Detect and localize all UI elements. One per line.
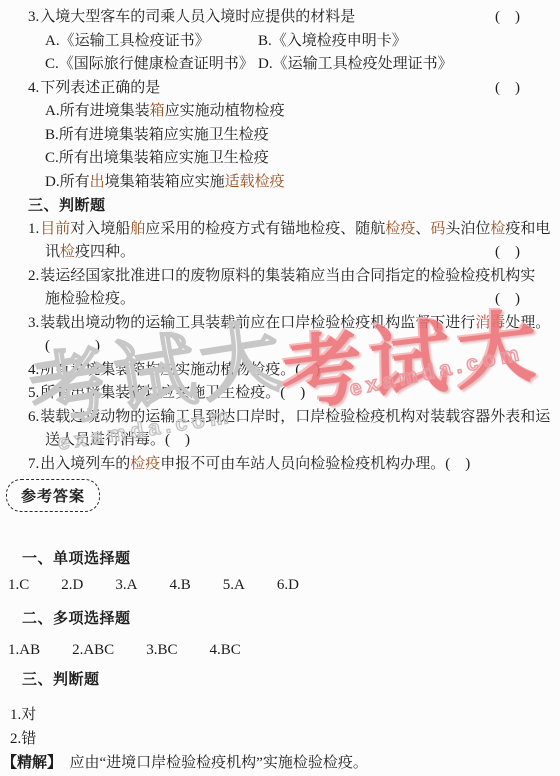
judgment-section-title: 三、判断题 <box>28 194 520 218</box>
answers-single-choice-row: 1.C 2.D 3.A 4.B 5.A 6.D <box>8 574 299 597</box>
option-c: C.所有出境集装箱应实施卫生检疫 <box>28 147 520 171</box>
answer-bracket: ( ) <box>45 338 100 354</box>
question-number: 3. <box>28 315 40 331</box>
question-text: 装运经国家批准进口的废物原料的集装箱应当由合同指定的检验检疫机构实 <box>40 268 535 284</box>
answer-item: 1.对 <box>10 704 36 728</box>
answer-item: 5.A <box>223 574 245 597</box>
answers-judgment-list: 1.对 2.错 <box>10 704 36 751</box>
option-label: B. <box>45 127 59 143</box>
answer-bracket: ( ) <box>445 456 470 472</box>
option-text: 所有进境集装箱应实施卫生检疫 <box>59 127 269 143</box>
option-label: C. <box>45 56 59 72</box>
option-label: A. <box>45 33 60 49</box>
answer-bracket: ( ) <box>495 6 520 30</box>
option-c: C.《国际旅行健康检查证明书》 <box>45 53 258 77</box>
mcq-question-3: 3.入境大型客车的司乘人员入境时应提供的材料是 ( ) <box>28 6 520 30</box>
answer-item: 3.A <box>115 574 137 597</box>
option-d: D.《运输工具检疫处理证书》 <box>258 53 520 77</box>
judgment-item-1: 1.目前对入境船舶应采用的检疫方式有锚地检疫、随航检疫、码头泊位检疫和电 <box>28 218 520 242</box>
reference-answers-label: 参考答案 <box>21 488 85 505</box>
answer-bracket: ( ) <box>165 432 190 448</box>
answer-item: 2.错 <box>10 728 36 752</box>
question-number: 5. <box>28 385 40 401</box>
answer-item: 6.D <box>277 574 299 597</box>
option-text: 《国际旅行健康检查证明书》 <box>59 56 254 72</box>
answers-judgment-title: 三、判断题 <box>22 668 100 691</box>
answer-item: 1.AB <box>8 639 40 662</box>
answer-bracket: ( ) <box>295 362 320 378</box>
option-text: 《入境检疫申明卡》 <box>272 33 407 49</box>
question-text: 所有出境集装箱均应实施卫生检疫。 <box>40 385 280 401</box>
judgment-item-4: 4.所有进境集装箱均应实施动植物检疫。( ) <box>28 359 520 383</box>
option-d: D.所有出境集箱装箱应实施适载检疫 <box>28 171 520 195</box>
answer-item: 4.B <box>169 574 190 597</box>
judgment-item-3-bracket: ( ) <box>28 335 520 359</box>
explanation-text: 应由“进境口岸检验检疫机构”实施检验检疫。 <box>70 755 368 771</box>
question-text: 装载过境动物的运输工具到达口岸时，口岸检验检疫机构对装载容器外表和运 <box>40 409 550 425</box>
reference-answers-box: 参考答案 <box>6 479 100 512</box>
judgment-item-7: 7.出入境列车的检疫申报不可由车站人员向检验检疫机构办理。( ) <box>28 453 520 477</box>
option-a: A.《运输工具检疫证书》 <box>45 30 258 54</box>
question-text: 下列表述正确的是 <box>40 80 160 96</box>
question-number: 3. <box>28 9 40 25</box>
mcq-question-3-options-ab: A.《运输工具检疫证书》 B.《入境检疫申明卡》 <box>28 30 520 54</box>
question-text: 讯检疫四种。 <box>45 241 135 265</box>
judgment-item-3: 3.装载出境动物的运输工具装载前应在口岸检验检疫机构监督下进行消毒处理。 <box>28 312 520 336</box>
question-text: 装载出境动物的运输工具装载前应在口岸检验检疫机构监督下进行消毒处理。 <box>40 315 550 331</box>
question-number: 6. <box>28 409 40 425</box>
judgment-item-6: 6.装载过境动物的运输工具到达口岸时，口岸检验检疫机构对装载容器外表和运 <box>28 406 520 430</box>
question-text: 入境大型客车的司乘人员入境时应提供的材料是 <box>40 9 355 25</box>
explanation-label: 【精解】 <box>2 754 62 771</box>
option-label: C. <box>45 150 59 166</box>
question-number: 7. <box>28 456 40 472</box>
answer-bracket: ( ) <box>495 241 520 265</box>
question-text: 所有进境集装箱均应实施动植物检疫。 <box>40 362 295 378</box>
answer-bracket: ( ) <box>495 77 520 101</box>
option-text: 所有出境集装箱应实施卫生检疫 <box>59 150 269 166</box>
question-area: 3.入境大型客车的司乘人员入境时应提供的材料是 ( ) A.《运输工具检疫证书》… <box>0 6 560 476</box>
option-label: A. <box>45 103 60 119</box>
question-text: 施检验检疫。 <box>45 288 135 312</box>
mcq-question-3-options-cd: C.《国际旅行健康检查证明书》 D.《运输工具检疫处理证书》 <box>28 53 520 77</box>
question-number: 2. <box>28 268 40 284</box>
option-a: A.所有进境集装箱应实施动植物检疫 <box>28 100 520 124</box>
question-text: 目前对入境船舶应采用的检疫方式有锚地检疫、随航检疫、码头泊位检疫和电 <box>40 221 550 237</box>
answer-item: 2.D <box>61 574 83 597</box>
option-label: D. <box>45 174 60 190</box>
answers-single-choice-title: 一、单项选择题 <box>22 547 131 570</box>
answer-bracket: ( ) <box>495 288 520 312</box>
answer-item: 1.C <box>8 574 29 597</box>
option-b: B.所有进境集装箱应实施卫生检疫 <box>28 124 520 148</box>
answer-bracket: ( ) <box>280 385 305 401</box>
option-text: 《运输工具检疫证书》 <box>60 33 210 49</box>
question-number: 4. <box>28 80 40 96</box>
option-text: 所有出境集箱装箱应实施适载检疫 <box>60 174 285 190</box>
answers-multi-choice-title: 二、多项选择题 <box>22 607 131 630</box>
option-text: 《运输工具检疫处理证书》 <box>273 56 453 72</box>
exam-page: 3.入境大型客车的司乘人员入境时应提供的材料是 ( ) A.《运输工具检疫证书》… <box>0 0 560 776</box>
question-text: 送人员进行消毒。 <box>45 432 165 448</box>
question-text: 出入境列车的检疫申报不可由车站人员向检验检疫机构办理。 <box>40 456 445 472</box>
option-text: 所有进境集装箱应实施动植物检疫 <box>60 103 285 119</box>
judgment-item-5: 5.所有出境集装箱均应实施卫生检疫。( ) <box>28 382 520 406</box>
mcq-question-4: 4.下列表述正确的是 ( ) <box>28 77 520 101</box>
option-label: B. <box>258 33 272 49</box>
judgment-item-2-cont: 施检验检疫。( ) <box>28 288 520 312</box>
judgment-item-2: 2.装运经国家批准进口的废物原料的集装箱应当由合同指定的检验检疫机构实 <box>28 265 520 289</box>
option-b: B.《入境检疫申明卡》 <box>258 30 520 54</box>
question-number: 4. <box>28 362 40 378</box>
answer-item: 3.BC <box>146 639 177 662</box>
answer-explanation: 【精解】 应由“进境口岸检验检疫机构”实施检验检疫。 <box>2 751 368 774</box>
option-label: D. <box>258 56 273 72</box>
judgment-item-1-cont: 讯检疫四种。( ) <box>28 241 520 265</box>
answers-multi-choice-row: 1.AB 2.ABC 3.BC 4.BC <box>8 639 241 662</box>
answer-item: 2.ABC <box>72 639 114 662</box>
question-number: 1. <box>28 221 40 237</box>
answer-item: 4.BC <box>209 639 240 662</box>
judgment-item-6-cont: 送人员进行消毒。( ) <box>28 429 520 453</box>
